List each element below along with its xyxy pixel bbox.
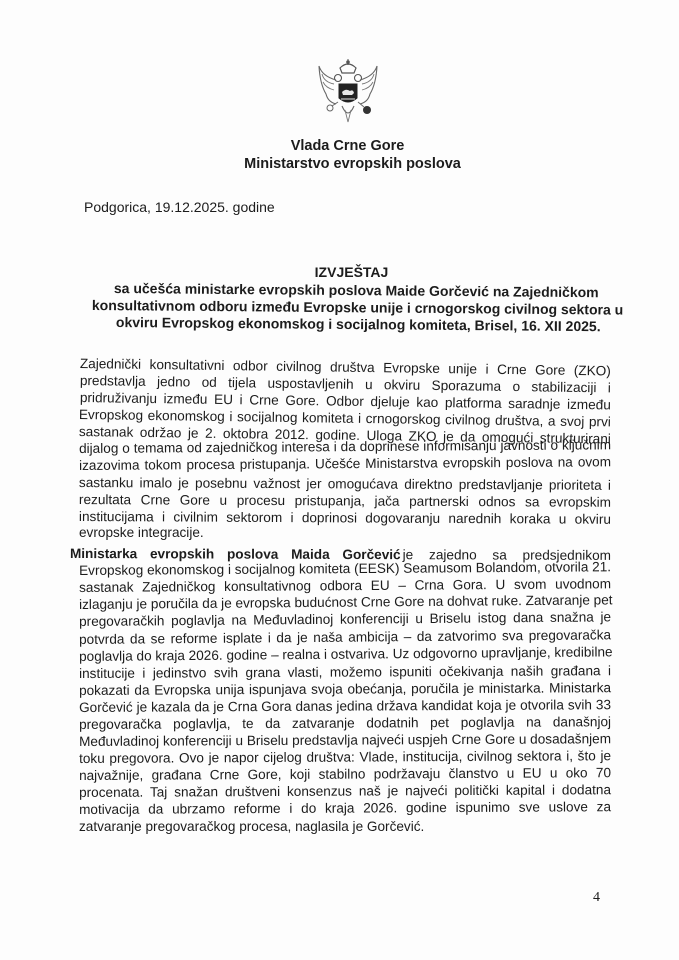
ministry-name: Ministarstvo evropskih poslova: [13, 156, 679, 172]
dateline: Podgorica, 19.12.2025. godine: [84, 199, 275, 215]
report-subtitle-line: okviru Evropskog ekonomskog i socijalnog…: [116, 314, 601, 334]
paragraph-line: poglavlja do kraja 2026. godine – realna…: [79, 644, 611, 664]
paragraph-line: najvažnije, građana Crne Gore, koji stab…: [79, 765, 611, 783]
coat-of-arms-icon: [316, 58, 380, 126]
page-number: 4: [593, 890, 600, 906]
paragraph-line: rezultata Crne Gore u procesu pristupanj…: [79, 492, 611, 510]
report-title: IZVJEŠTAJ: [12, 264, 679, 280]
paragraph-line: zatvaranje pregovaračkog procesa, naglas…: [79, 819, 424, 834]
paragraph-line: Evropskog ekonomskog i socijalnog komite…: [79, 559, 611, 578]
paragraph-line: procenata. Taj snažan društveni konsenzu…: [79, 782, 611, 800]
paragraph-line: pregovaračkih poglavlja na Međuvladinoj …: [79, 609, 611, 629]
paragraph-line: institucije i jedinstvo svih grana vlast…: [79, 663, 611, 681]
paragraph-line: sastanku imalo je posebnu važnost jer om…: [79, 475, 611, 493]
document-page: Vlada Crne Gore Ministarstvo evropskih p…: [0, 0, 679, 960]
paragraph-line: izazovima tokom procesa pristupanja. Uče…: [79, 454, 611, 473]
government-name: Vlada Crne Gore: [8, 138, 679, 154]
paragraph-line: motivacija da ubrzamo reforme i do kraja…: [79, 799, 611, 817]
paragraph-line: Međuvladinoj konferenciji u Briselu pred…: [79, 731, 611, 749]
paragraph-line: pregovaračka poglavlja, te da zatvaranje…: [79, 714, 611, 732]
paragraph-line: toku pregovora. Ovo je napor cijelog dru…: [79, 748, 611, 766]
paragraph-line: dijalog o temama od zajedničkog interesa…: [79, 437, 611, 456]
minister-name-bold: Ministarka evropskih poslova Maida Gorče…: [70, 546, 401, 562]
paragraph-line: pokazati da Evropska unija ispunjava svo…: [79, 680, 611, 698]
paragraph-line: evropske integracije.: [79, 525, 204, 540]
paragraph-line: Gorčević je kazala da je Crna Gora danas…: [79, 697, 611, 715]
